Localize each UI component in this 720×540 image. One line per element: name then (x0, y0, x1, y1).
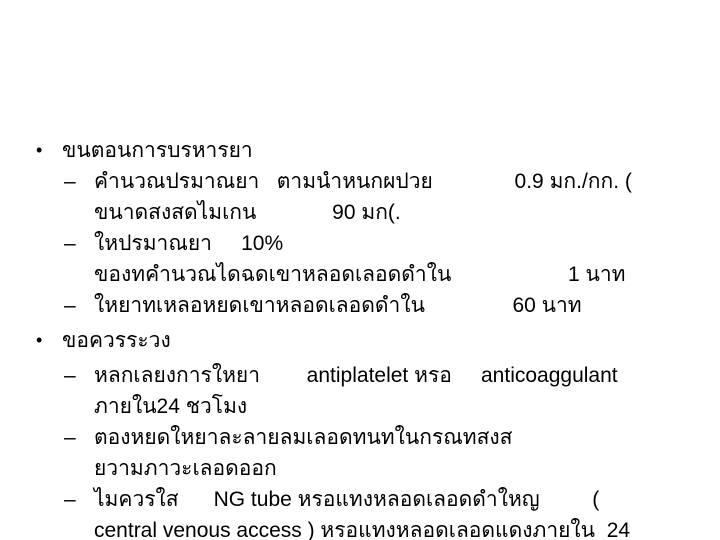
dash-icon: – (64, 290, 94, 321)
dash-icon: – (64, 484, 94, 515)
sub-bullet-text-block: คำนวณปรมาณยา ตามนำหนกผปวย 0.9 มก./กก. ( … (94, 166, 720, 228)
sub-bullet-text-block: หลกเลยงการใหยา antiplatelet หรอ anticoag… (94, 360, 720, 422)
bullet-line: ขอควรระวง (62, 325, 720, 356)
sub-bullet-avoid-ng-tube-central-access: – ไมควรใส NG tube หรอแทงหลอดเลอดดำใหญ ( … (0, 484, 720, 540)
sub-bullet-remaining-drug-infusion: – ใหยาทเหลอหยดเขาหลอดเลอดดำใน 60 นาท (0, 290, 720, 321)
dash-icon: – (64, 422, 94, 453)
sub-bullet-line: ตองหยดใหยาละลายลมเลอดทนทในกรณทสงส (94, 422, 720, 453)
bullet-line: ขนตอนการบรหารยา (62, 135, 720, 166)
sub-bullet-line: central venous access ) หรอแทงหลอดเลอดแด… (94, 515, 720, 540)
slide-page: • ขนตอนการบรหารยา – คำนวณปรมาณยา ตามนำหน… (0, 0, 720, 540)
bullet-icon: • (36, 135, 62, 166)
sub-bullet-text-block: ใหปรมาณยา 10% ของทคำนวณไดฉดเขาหลอดเลอดดำ… (94, 228, 720, 290)
sub-bullet-stop-thrombolytic-if-bleeding: – ตองหยดใหยาละลายลมเลอดทนทในกรณทสงส ยวาม… (0, 422, 720, 484)
sub-bullet-line: คำนวณปรมาณยา ตามนำหนกผปวย 0.9 มก./กก. ( (94, 166, 720, 197)
sub-bullet-line: ยวามภาวะเลอดออก (94, 453, 720, 484)
sub-bullet-line: ใหยาทเหลอหยดเขาหลอดเลอดดำใน 60 นาท (94, 290, 720, 321)
sub-bullet-avoid-antiplatelet: – หลกเลยงการใหยา antiplatelet หรอ antico… (0, 360, 720, 422)
sub-bullet-dose-calculation: – คำนวณปรมาณยา ตามนำหนกผปวย 0.9 มก./กก. … (0, 166, 720, 228)
dash-icon: – (64, 166, 94, 197)
dash-icon: – (64, 228, 94, 259)
sub-bullet-text-block: ตองหยดใหยาละลายลมเลอดทนทในกรณทสงส ยวามภา… (94, 422, 720, 484)
bullet-icon: • (36, 325, 62, 356)
sub-bullet-line: ไมควรใส NG tube หรอแทงหลอดเลอดดำใหญ ( (94, 484, 720, 515)
sub-bullet-line: ภายใน24 ชวโมง (94, 391, 720, 422)
sub-bullet-line: ใหปรมาณยา 10% (94, 228, 720, 259)
sub-bullet-line: หลกเลยงการใหยา antiplatelet หรอ anticoag… (94, 360, 720, 391)
sub-bullet-text-block: ใหยาทเหลอหยดเขาหลอดเลอดดำใน 60 นาท (94, 290, 720, 321)
sub-bullet-bolus-10-percent: – ใหปรมาณยา 10% ของทคำนวณไดฉดเขาหลอดเลอด… (0, 228, 720, 290)
dash-icon: – (64, 360, 94, 391)
sub-bullet-text-block: ไมควรใส NG tube หรอแทงหลอดเลอดดำใหญ ( ce… (94, 484, 720, 540)
sub-bullet-line: ขนาดสงสดไมเกน 90 มก(. (94, 197, 720, 228)
bullet-text-block: ขอควรระวง (62, 325, 720, 356)
sub-bullet-line: ของทคำนวณไดฉดเขาหลอดเลอดดำใน 1 นาท (94, 259, 720, 290)
bullet-drug-administration-steps: • ขนตอนการบรหารยา (0, 135, 720, 166)
bullet-text-block: ขนตอนการบรหารยา (62, 135, 720, 166)
bullet-precautions: • ขอควรระวง (0, 325, 720, 356)
slide-content: • ขนตอนการบรหารยา – คำนวณปรมาณยา ตามนำหน… (0, 135, 720, 540)
